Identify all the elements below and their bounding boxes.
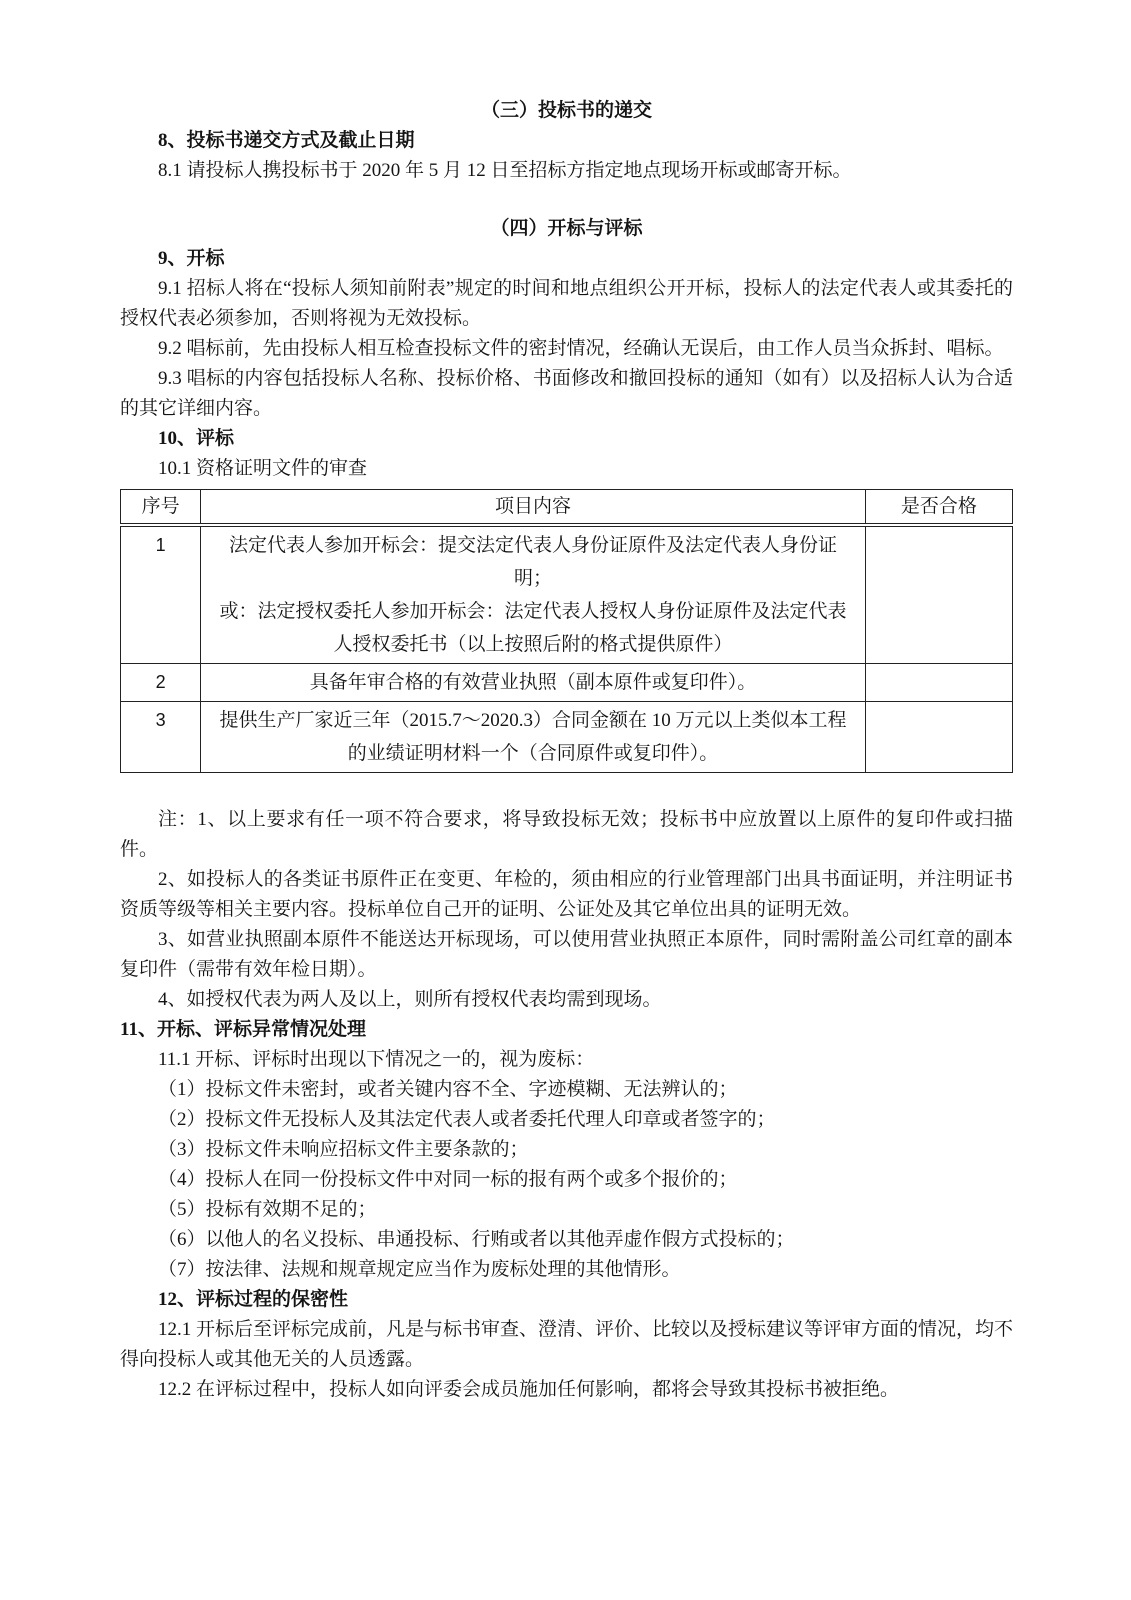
invalid-bid-item-4: （4）投标人在同一份投标文件中对同一标的报有两个或多个报价的； (120, 1165, 1013, 1195)
row-1-content-line-2: 或：法定授权委托人参加开标会：法定代表人授权人身份证原件及法定代表人授权委托书（… (211, 595, 855, 661)
row-3-qualified (865, 702, 1012, 773)
row-1-qualified (865, 525, 1012, 664)
clause-11-heading: 11、开标、评标异常情况处理 (120, 1015, 1013, 1045)
invalid-bid-item-6: （6）以他人的名义投标、串通投标、行贿或者以其他弄虚作假方式投标的； (120, 1225, 1013, 1255)
table-row-2: 2 具备年审合格的有效营业执照（副本原件或复印件）。 (121, 664, 1013, 702)
invalid-bid-item-1: （1）投标文件未密封，或者关键内容不全、字迹模糊、无法辨认的； (120, 1075, 1013, 1105)
paragraph-10-1: 10.1 资格证明文件的审查 (120, 454, 1013, 484)
paragraph-12-1: 12.1 开标后至评标完成前，凡是与标书审查、澄清、评价、比较以及授标建议等评审… (120, 1315, 1013, 1375)
row-1-content-line-1: 法定代表人参加开标会：提交法定代表人身份证原件及法定代表人身份证明； (211, 529, 855, 595)
section-4-heading: （四）开标与评标 (120, 214, 1013, 244)
section-3-heading: （三）投标书的递交 (120, 96, 1013, 126)
row-3-seq: 3 (121, 702, 201, 773)
paragraph-12-2: 12.2 在评标过程中，投标人如向评委会成员施加任何影响，都将会导致其投标书被拒… (120, 1375, 1013, 1405)
invalid-bid-item-5: （5）投标有效期不足的； (120, 1195, 1013, 1225)
paragraph-8-1: 8.1 请投标人携投标书于 2020 年 5 月 12 日至招标方指定地点现场开… (120, 156, 1013, 186)
invalid-bid-item-2: （2）投标文件无投标人及其法定代表人或者委托代理人印章或者签字的； (120, 1105, 1013, 1135)
col-header-seq: 序号 (121, 490, 201, 526)
col-header-content: 项目内容 (201, 490, 866, 526)
document-page: （三）投标书的递交 8、投标书递交方式及截止日期 8.1 请投标人携投标书于 2… (0, 0, 1131, 1600)
row-3-content: 提供生产厂家近三年（2015.7～2020.3）合同金额在 10 万元以上类似本… (201, 702, 866, 773)
note-1: 注：1、以上要求有任一项不符合要求，将导致投标无效；投标书中应放置以上原件的复印… (120, 805, 1013, 865)
row-1-seq: 1 (121, 525, 201, 664)
table-row-3: 3 提供生产厂家近三年（2015.7～2020.3）合同金额在 10 万元以上类… (121, 702, 1013, 773)
row-3-content-line-1: 提供生产厂家近三年（2015.7～2020.3）合同金额在 10 万元以上类似本… (211, 704, 855, 770)
row-2-qualified (865, 664, 1012, 702)
qualification-review-table: 序号 项目内容 是否合格 1 法定代表人参加开标会：提交法定代表人身份证原件及法… (120, 489, 1013, 773)
invalid-bid-item-7: （7）按法律、法规和规章规定应当作为废标处理的其他情形。 (120, 1255, 1013, 1285)
table-row-1: 1 法定代表人参加开标会：提交法定代表人身份证原件及法定代表人身份证明； 或：法… (121, 525, 1013, 664)
paragraph-9-3: 9.3 唱标的内容包括投标人名称、投标价格、书面修改和撤回投标的通知（如有）以及… (120, 364, 1013, 424)
clause-12-heading: 12、评标过程的保密性 (120, 1285, 1013, 1315)
note-4: 4、如授权代表为两人及以上，则所有授权代表均需到现场。 (120, 985, 1013, 1015)
note-3: 3、如营业执照副本原件不能送达开标现场，可以使用营业执照正本原件，同时需附盖公司… (120, 925, 1013, 985)
table-header-row: 序号 项目内容 是否合格 (121, 490, 1013, 526)
row-2-seq: 2 (121, 664, 201, 702)
clause-9-heading: 9、开标 (120, 244, 1013, 274)
note-2: 2、如投标人的各类证书原件正在变更、年检的，须由相应的行业管理部门出具书面证明，… (120, 865, 1013, 925)
col-header-qualified: 是否合格 (865, 490, 1012, 526)
row-2-content: 具备年审合格的有效营业执照（副本原件或复印件）。 (201, 664, 866, 702)
row-2-content-line-1: 具备年审合格的有效营业执照（副本原件或复印件）。 (211, 666, 855, 699)
paragraph-11-1: 11.1 开标、评标时出现以下情况之一的，视为废标： (120, 1045, 1013, 1075)
clause-8-heading: 8、投标书递交方式及截止日期 (120, 126, 1013, 156)
paragraph-9-2: 9.2 唱标前，先由投标人相互检查投标文件的密封情况，经确认无误后，由工作人员当… (120, 334, 1013, 364)
row-1-content: 法定代表人参加开标会：提交法定代表人身份证原件及法定代表人身份证明； 或：法定授… (201, 525, 866, 664)
invalid-bid-item-3: （3）投标文件未响应招标文件主要条款的； (120, 1135, 1013, 1165)
paragraph-9-1: 9.1 招标人将在“投标人须知前附表”规定的时间和地点组织公开开标，投标人的法定… (120, 274, 1013, 334)
clause-10-heading: 10、评标 (120, 424, 1013, 454)
